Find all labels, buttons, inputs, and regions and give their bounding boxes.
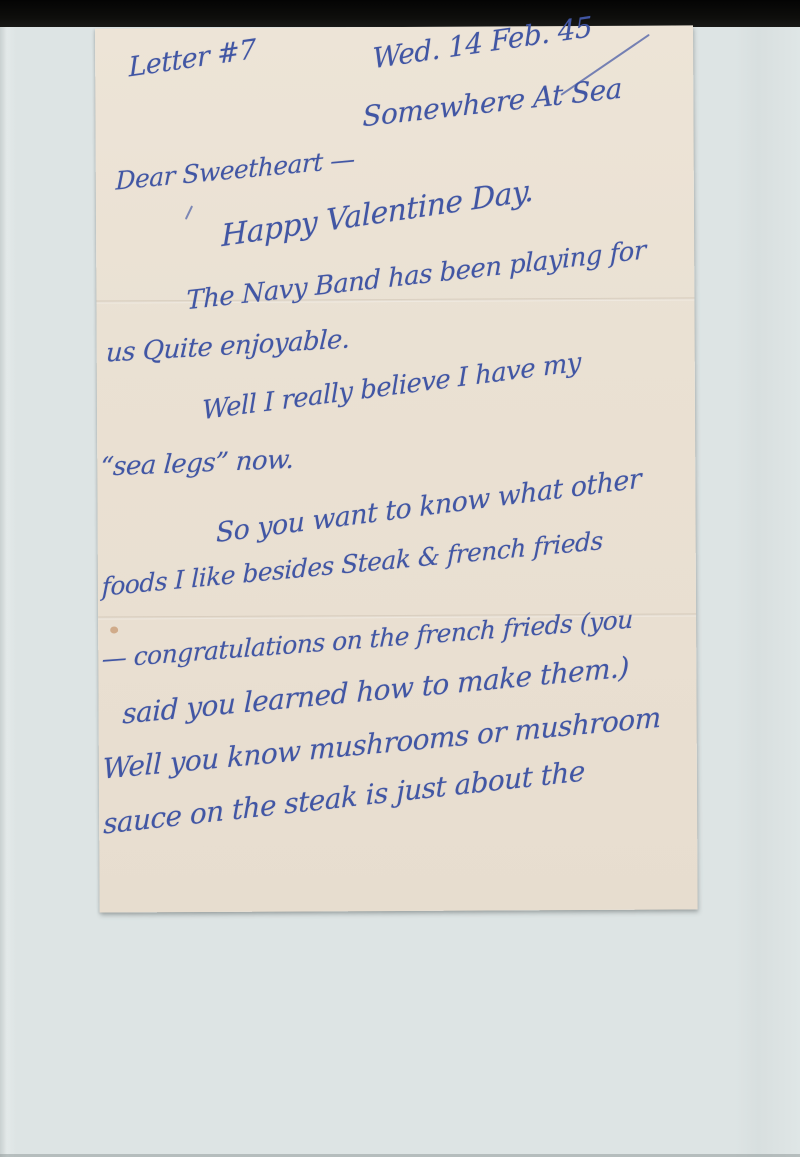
salutation: Dear Sweetheart — (115, 146, 354, 193)
handwriting-line: foods I like besides Steak & french frie… (102, 528, 603, 600)
handwriting-line: Well I really believe I have my (202, 350, 581, 425)
handwriting-line: us Quite enjoyable. (105, 326, 350, 366)
letter-paper: Letter #7 Wed. 14 Feb. 45 Somewhere At S… (95, 25, 698, 912)
handwriting-line: “sea legs” now. (100, 447, 295, 481)
scanner-edge-bar (0, 0, 800, 27)
scanned-letter-page: Letter #7 Wed. 14 Feb. 45 Somewhere At S… (0, 0, 800, 1157)
pen-tick-mark (185, 205, 193, 219)
letter-location: Somewhere At Sea (362, 75, 621, 132)
paper-stain (110, 626, 118, 633)
letter-number: Letter #7 (128, 36, 256, 82)
handwriting-line: Happy Valentine Day. (221, 176, 533, 252)
